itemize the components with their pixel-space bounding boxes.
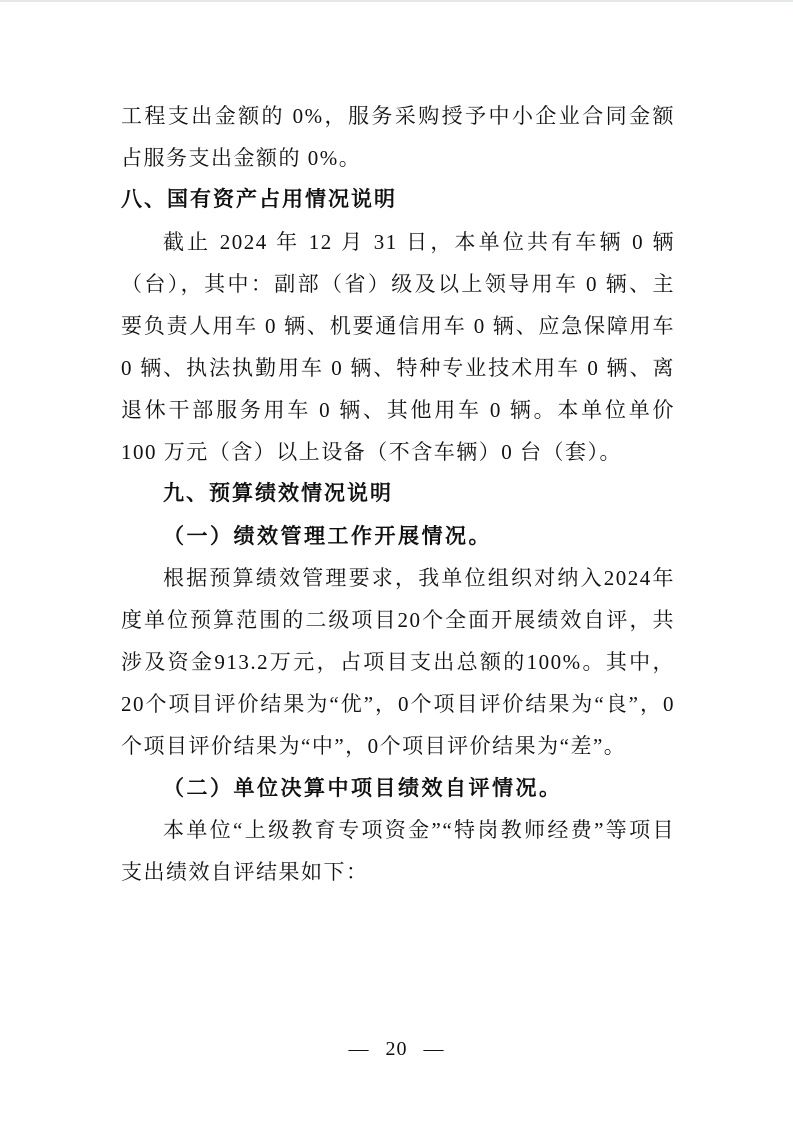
paragraph-vehicles-equipment: 截止 2024 年 12 月 31 日，本单位共有车辆 0 辆（台），其中：副部… — [121, 221, 675, 473]
document-page: 工程支出金额的 0%，服务采购授予中小企业合同金额占服务支出金额的 0%。 八、… — [0, 0, 793, 1122]
paragraph-project-funds-intro: 本单位“上级教育专项资金”“特岗教师经费”等项目支出绩效自评结果如下： — [121, 809, 675, 893]
heading-performance-management: （一）绩效管理工作开展情况。 — [121, 515, 675, 557]
paragraph-self-evaluation-summary: 根据预算绩效管理要求，我单位组织对纳入2024年度单位预算范围的二级项目20个全… — [121, 557, 675, 767]
paragraph-procurement-continuation: 工程支出金额的 0%，服务采购授予中小企业合同金额占服务支出金额的 0%。 — [121, 95, 675, 179]
heading-project-self-evaluation: （二）单位决算中项目绩效自评情况。 — [121, 767, 675, 809]
heading-budget-performance: 九、预算绩效情况说明 — [121, 473, 675, 515]
page-number-footer: — 20 — — [0, 1035, 793, 1063]
heading-state-assets: 八、国有资产占用情况说明 — [121, 179, 675, 221]
document-body: 工程支出金额的 0%，服务采购授予中小企业合同金额占服务支出金额的 0%。 八、… — [121, 95, 675, 893]
